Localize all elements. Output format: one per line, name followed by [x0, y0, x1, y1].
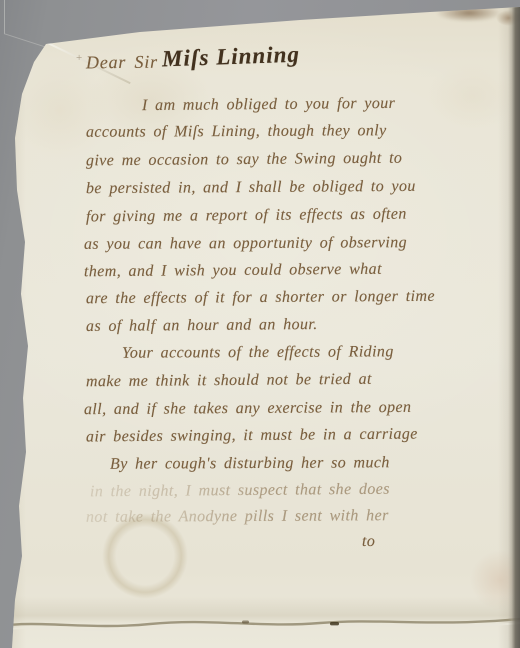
catchword: to	[362, 533, 375, 551]
letter-line: give me occasion to say the Swing ought …	[86, 150, 402, 171]
letter-line: I am much obliged to you for your	[142, 95, 395, 115]
letter-line: them, and I wish you could observe what	[84, 261, 382, 282]
salutation: Dear Sir	[86, 52, 158, 74]
letter-line: for giving me a report of its effects as…	[86, 206, 407, 227]
letter-line: air besides swinging, it must be in a ca…	[86, 426, 418, 447]
letter-line: as of half an hour and an hour.	[86, 316, 318, 336]
letter-line: all, and if she takes any exercise in th…	[84, 399, 412, 419]
letter-line: not take the Anodyne pills I sent with h…	[86, 507, 389, 527]
scanner-background: Dear Sir Miſs Linning I am much obliged …	[0, 0, 520, 648]
page-gutter-edge	[508, 0, 520, 648]
fold-shadow	[0, 596, 520, 624]
letter-page: Dear Sir Miſs Linning I am much obliged …	[0, 0, 520, 648]
letter-line: in the night, I must suspect that she do…	[90, 481, 390, 502]
ink-stain	[436, 4, 502, 22]
letter-line: make me think it should not be tried at	[86, 371, 372, 391]
letter-line: be persisted in, and I shall be obliged …	[86, 178, 416, 198]
letter-line: accounts of Miſs Lining, though they onl…	[86, 122, 387, 142]
addressee-annotation: Miſs Linning	[162, 42, 301, 73]
margin-mark: +	[76, 52, 82, 64]
letter-line: Your accounts of the effects of Riding	[122, 343, 394, 362]
letter-line: are the effects of it for a shorter or l…	[86, 288, 435, 308]
letter-line: as you can have an opportunity of observ…	[84, 234, 407, 254]
letter-line: By her cough's disturbing her so much	[110, 454, 390, 473]
